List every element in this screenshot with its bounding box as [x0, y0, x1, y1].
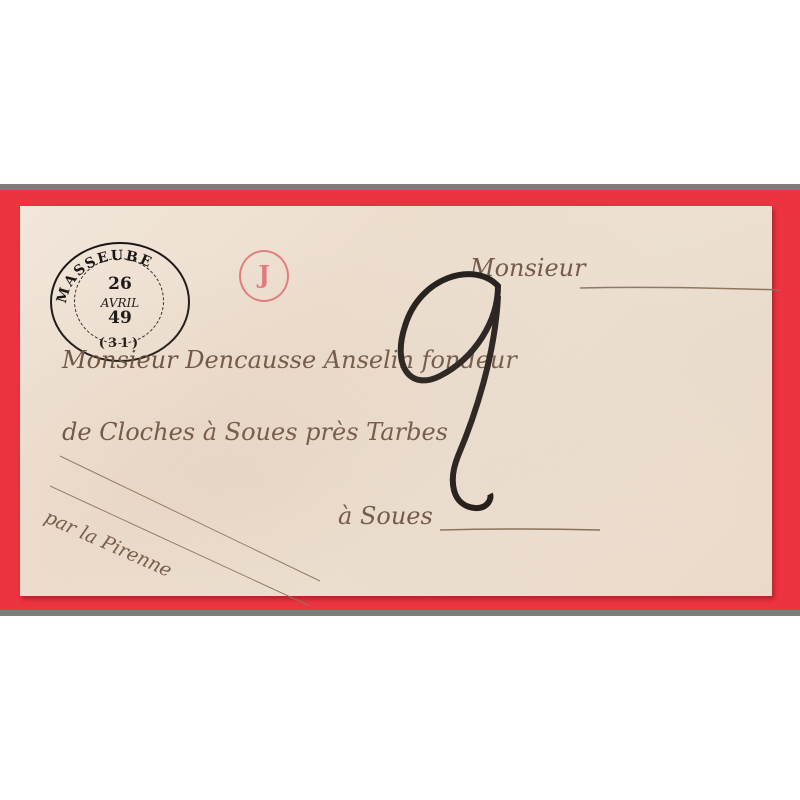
postmark-day: 26	[52, 274, 188, 294]
letter-cover: MASSEUBE 26 AVRIL 49 (31) J Monsieur Mon…	[20, 206, 772, 596]
red-circle-mark: J	[239, 250, 289, 302]
tax-mark-9	[380, 266, 520, 526]
bottom-gray-band	[0, 610, 800, 616]
postmark-cancel-stamp: MASSEUBE 26 AVRIL 49 (31)	[50, 242, 190, 362]
salutation-flourish	[580, 276, 800, 296]
postmark-year: 49	[52, 308, 188, 328]
